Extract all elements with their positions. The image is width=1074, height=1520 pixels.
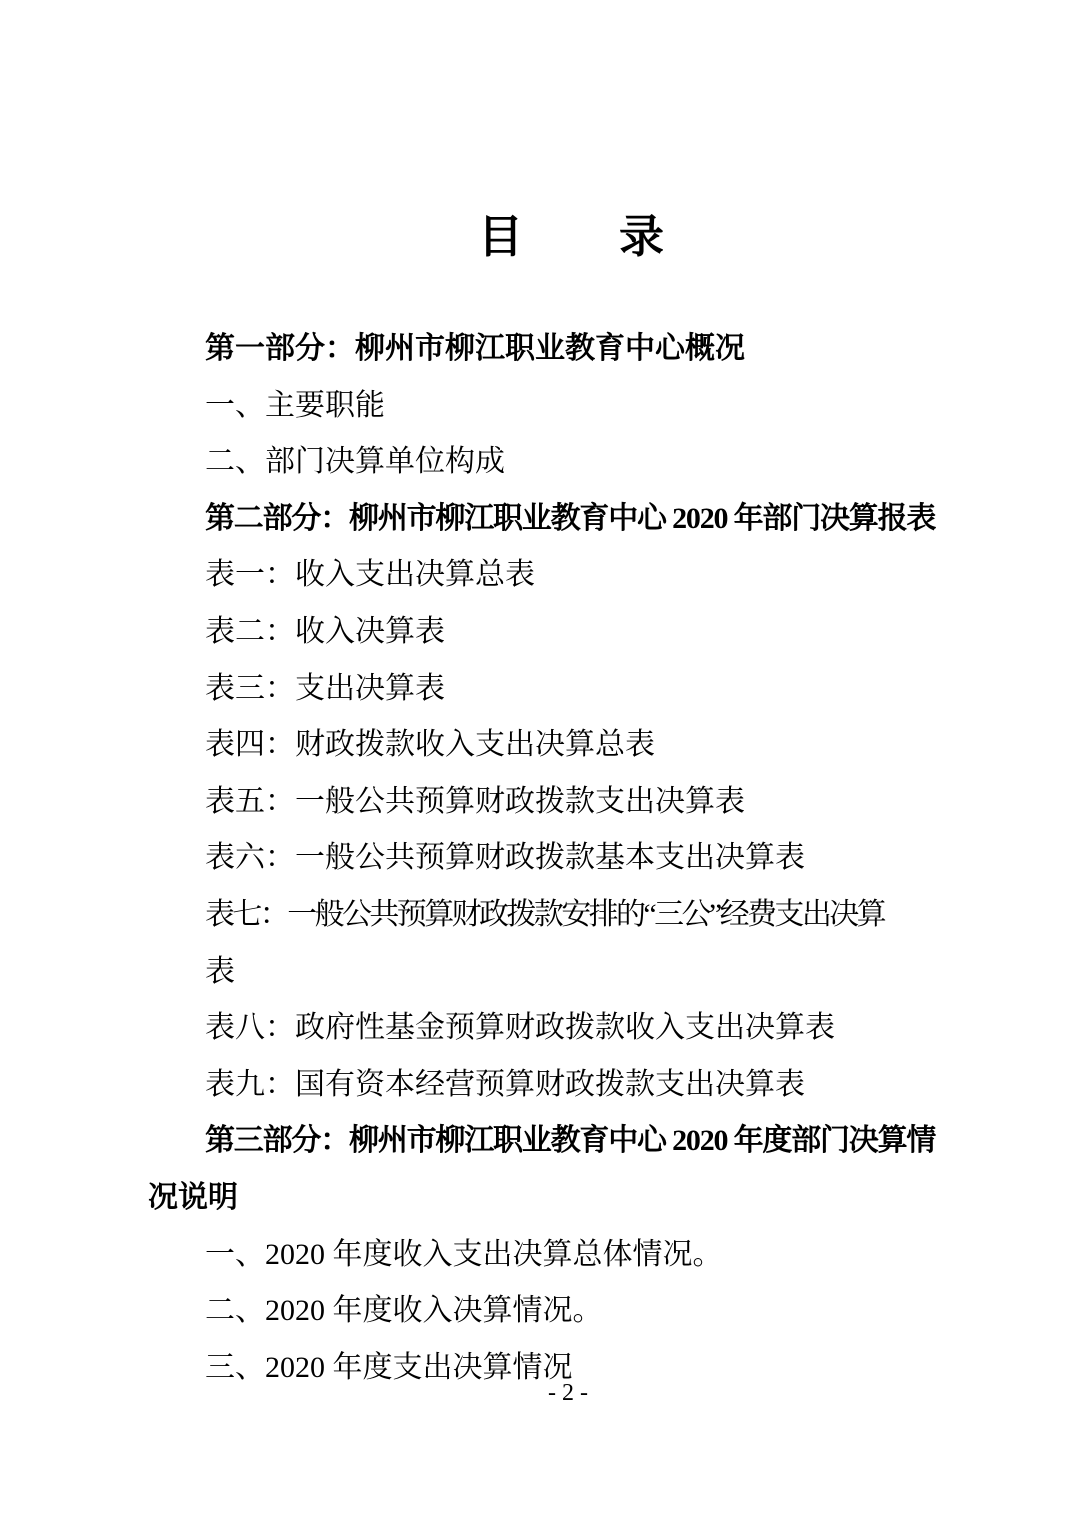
toc-line: 况说明 bbox=[148, 1170, 953, 1227]
toc-line: 表二：收入决算表 bbox=[148, 604, 953, 661]
page-footer: - 2 - bbox=[148, 1378, 948, 1408]
toc-line: 一、主要职能 bbox=[148, 378, 953, 435]
toc-line: 一、2020 年度收入支出决算总体情况。 bbox=[148, 1227, 953, 1284]
toc-list: 第一部分：柳州市柳江职业教育中心概况一、主要职能二、部门决算单位构成第二部分：柳… bbox=[148, 321, 953, 1396]
toc-line: 表一：收入支出决算总表 bbox=[148, 547, 953, 604]
toc-line: 二、2020 年度收入决算情况。 bbox=[148, 1283, 953, 1340]
toc-line: 表四：财政拨款收入支出决算总表 bbox=[148, 717, 953, 774]
page-number: - 2 - bbox=[548, 1380, 588, 1406]
toc-line: 第二部分：柳州市柳江职业教育中心 2020 年部门决算报表 bbox=[148, 491, 953, 548]
toc-line: 第一部分：柳州市柳江职业教育中心概况 bbox=[148, 321, 953, 378]
page-title: 目 录 bbox=[148, 200, 948, 265]
toc-line: 表六：一般公共预算财政拨款基本支出决算表 bbox=[148, 830, 953, 887]
toc-line: 二、部门决算单位构成 bbox=[148, 434, 953, 491]
toc-line: 表 bbox=[148, 944, 953, 1001]
toc-line: 表八：政府性基金预算财政拨款收入支出决算表 bbox=[148, 1000, 953, 1057]
toc-line: 表九：国有资本经营预算财政拨款支出决算表 bbox=[148, 1057, 953, 1114]
toc-line: 表三：支出决算表 bbox=[148, 661, 953, 718]
toc-line: 第三部分：柳州市柳江职业教育中心 2020 年度部门决算情 bbox=[148, 1113, 953, 1170]
toc-line: 表七：一般公共预算财政拨款安排的“三公”经费支出决算 bbox=[148, 887, 953, 944]
document-page: 目 录 第一部分：柳州市柳江职业教育中心概况一、主要职能二、部门决算单位构成第二… bbox=[0, 0, 1074, 1520]
toc-line: 表五：一般公共预算财政拨款支出决算表 bbox=[148, 774, 953, 831]
